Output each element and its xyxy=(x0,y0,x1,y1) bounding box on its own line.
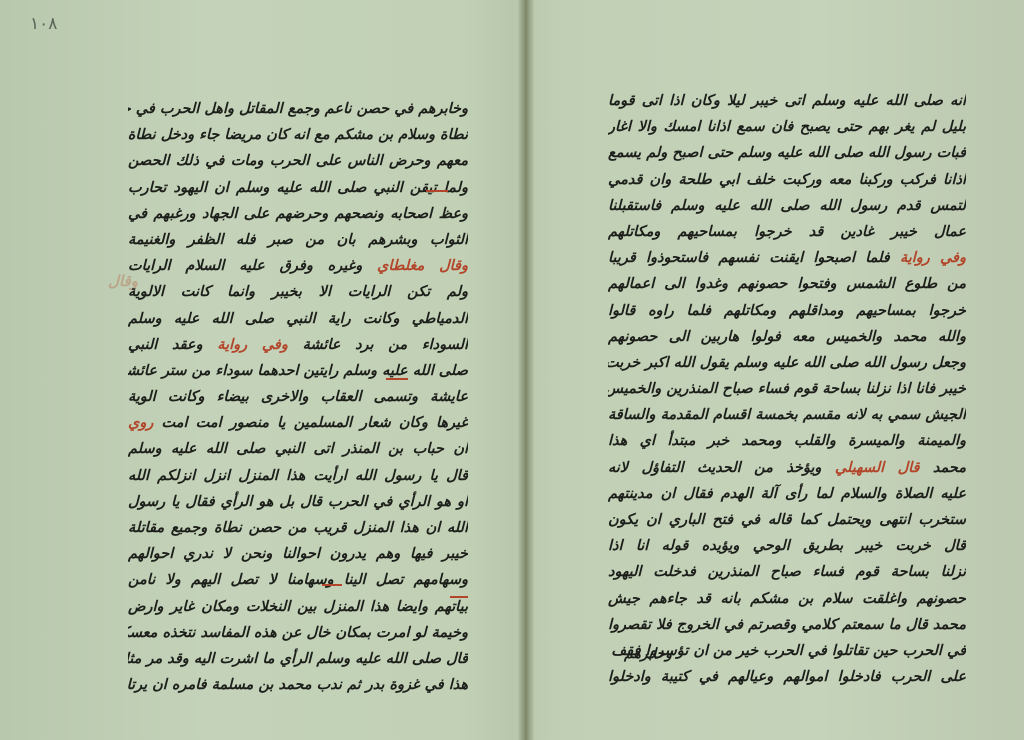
text-segment: محمد xyxy=(919,460,966,476)
rubric-heading: وفي رواية xyxy=(900,250,966,266)
text-line: عليه الصلاة والسلام لما رأى آلة الهدم فق… xyxy=(608,481,966,507)
text-line: لتمس قدم رسول الله صلى الله عليه وسلم فا… xyxy=(608,193,966,219)
text-segment: غيرها وكان شعار المسلمين يا منصور امت ام… xyxy=(153,415,468,431)
text-segment: وغيره وفرق عليه السلام الرايات xyxy=(128,258,377,274)
text-line: خيبر فانا اذا نزلنا بساحة قوم فساء صباح … xyxy=(608,376,966,402)
text-line: ولم تكن الرايات الا بخيبر وانما كانت الا… xyxy=(128,279,468,305)
text-line: والله محمد والخميس معه فولوا هاربين الى … xyxy=(608,324,966,350)
text-line: ولما تيقن النبي صلى الله عليه وسلم ان ال… xyxy=(128,175,468,201)
text-line: حصونهم واغلقت سلام بن مشكم بانه قد جاءهم… xyxy=(608,586,966,612)
rubric-overline xyxy=(322,584,342,586)
text-line: من طلوع الشمس وفتحوا حصونهم وغدوا الى اع… xyxy=(608,271,966,297)
text-line: وسهامهم تصل الينا وسهامنا لا تصل اليهم و… xyxy=(128,567,468,593)
text-line: قال صلى الله عليه وسلم الرأي ما اشرت الي… xyxy=(128,646,468,672)
text-line: عمال خيبر غادين قد خرجوا بمساحيهم ومكاتل… xyxy=(608,219,966,245)
manuscript-spread: ١٠٨ وقال وخابرهم في حصن ناعم وجمع المقات… xyxy=(0,0,1024,740)
text-line: نطاة وسلام بن مشكم مع انه كان مريضا جاء … xyxy=(128,122,468,148)
text-line: قال يا رسول الله ارأيت هذا المنزل انزل ا… xyxy=(128,463,468,489)
text-line: والميمنة والميسرة والقلب ومحمد خبر مبتدأ… xyxy=(608,428,966,454)
text-line: وخيمة لو امرت بمكان خال عن هذه المفاسد ن… xyxy=(128,620,468,646)
text-line: او هو الرأي في الحرب قال بل هو الرأي فقا… xyxy=(128,489,468,515)
text-line: هذا في غزوة بدر ثم ندب محمد بن مسلمة فام… xyxy=(128,672,468,698)
rubric-heading: وقال مغلطاي xyxy=(377,258,468,274)
text-line-with-rubric: السوداء من برد عائشة وفي رواية وعقد النب… xyxy=(128,332,468,358)
text-line: فبات رسول الله صلى الله عليه وسلم حتى اص… xyxy=(608,140,966,166)
text-line: خيبر فيها وهم يدرون احوالنا ونحن لا ندري… xyxy=(128,541,468,567)
text-line: خرجوا بمساحيهم ومداقلهم ومكاتلهم فلما را… xyxy=(608,298,966,324)
text-line: محمد قال ما سمعتم كلامي وقصرتم في الخروج… xyxy=(608,612,966,638)
left-text-block: وخابرهم في حصن ناعم وجمع المقاتل واهل ال… xyxy=(128,96,468,698)
text-line: وخابرهم في حصن ناعم وجمع المقاتل واهل ال… xyxy=(128,96,468,122)
text-segment: ويؤخذ من الحديث التفاؤل لانه xyxy=(608,460,835,476)
text-line-with-rubric: وقال مغلطاي وغيره وفرق عليه السلام الراي… xyxy=(128,253,468,279)
text-line: ستخرب انتهى ويحتمل كما قاله في فتح البار… xyxy=(608,507,966,533)
text-line: صلى الله عليه وسلم رايتين احدهما سوداء م… xyxy=(128,358,468,384)
text-line-with-rubric: محمد قال السهيلي ويؤخذ من الحديث التفاؤل… xyxy=(608,455,966,481)
text-line: بليل لم يغر بهم حتى يصبح فان سمع اذانا ا… xyxy=(608,114,966,140)
text-line: بياتهم وايضا هذا المنزل بين النخلات ومكا… xyxy=(128,594,468,620)
text-line: نزلنا بساحة قوم فساء صباح المنذرين فدخلت… xyxy=(608,559,966,585)
text-line: اذانا فركب وركبنا معه وركبت خلف ابي طلحة… xyxy=(608,167,966,193)
text-line: على الحرب فادخلوا اموالهم وعيالهم في كتي… xyxy=(608,664,966,690)
text-line: ان حباب بن المنذر اتى النبي صلى الله علي… xyxy=(128,436,468,462)
text-line-with-rubric: غيرها وكان شعار المسلمين يا منصور امت ام… xyxy=(128,410,468,436)
rubric-heading: وفي رواية xyxy=(217,337,288,353)
text-line: وجعل رسول الله صلى الله عليه وسلم يقول ا… xyxy=(608,350,966,376)
text-line: معهم وحرض الناس على الحرب ومات في ذلك ال… xyxy=(128,148,468,174)
text-line: الثواب وبشرهم بان من صبر فله الظفر والغن… xyxy=(128,227,468,253)
catchword: وخابرهم xyxy=(624,646,672,662)
right-page: انه صلى الله عليه وسلم اتى خيبر ليلا وكا… xyxy=(532,0,1024,740)
text-line: قال خربت خيبر بطريق الوحي ويؤيده قوله ان… xyxy=(608,533,966,559)
rubric-overline xyxy=(386,378,408,380)
rubric-heading: قال السهيلي xyxy=(835,460,920,476)
text-line: انه صلى الله عليه وسلم اتى خيبر ليلا وكا… xyxy=(608,88,966,114)
text-line: عايشة وتسمى العقاب والاخرى بيضاء وكانت ا… xyxy=(128,384,468,410)
rubric-overline xyxy=(426,190,448,192)
rubric-heading: روي xyxy=(128,415,153,431)
rubric-overline xyxy=(450,596,468,598)
text-line: الجيش سمي به لانه مقسم بخمسة اقسام المقد… xyxy=(608,402,966,428)
text-segment: السوداء من برد عائشة xyxy=(288,337,468,353)
text-line: وعظ اصحابه ونصحهم وحرضهم على الجهاد ورغب… xyxy=(128,201,468,227)
left-page: ١٠٨ وقال وخابرهم في حصن ناعم وجمع المقات… xyxy=(0,0,522,740)
text-segment: وعقد النبي xyxy=(128,337,217,353)
text-line: الدمياطي وكانت راية النبي صلى الله عليه … xyxy=(128,306,468,332)
text-segment: فلما اصبحوا ايقنت نفسهم فاستحوذوا قريبا xyxy=(608,250,900,266)
folio-number: ١٠٨ xyxy=(30,14,57,34)
text-line-with-rubric: وفي رواية فلما اصبحوا ايقنت نفسهم فاستحو… xyxy=(608,245,966,271)
text-line: الله ان هذا المنزل قريب من حصن نطاة وجمي… xyxy=(128,515,468,541)
right-text-block: انه صلى الله عليه وسلم اتى خيبر ليلا وكا… xyxy=(608,88,966,690)
